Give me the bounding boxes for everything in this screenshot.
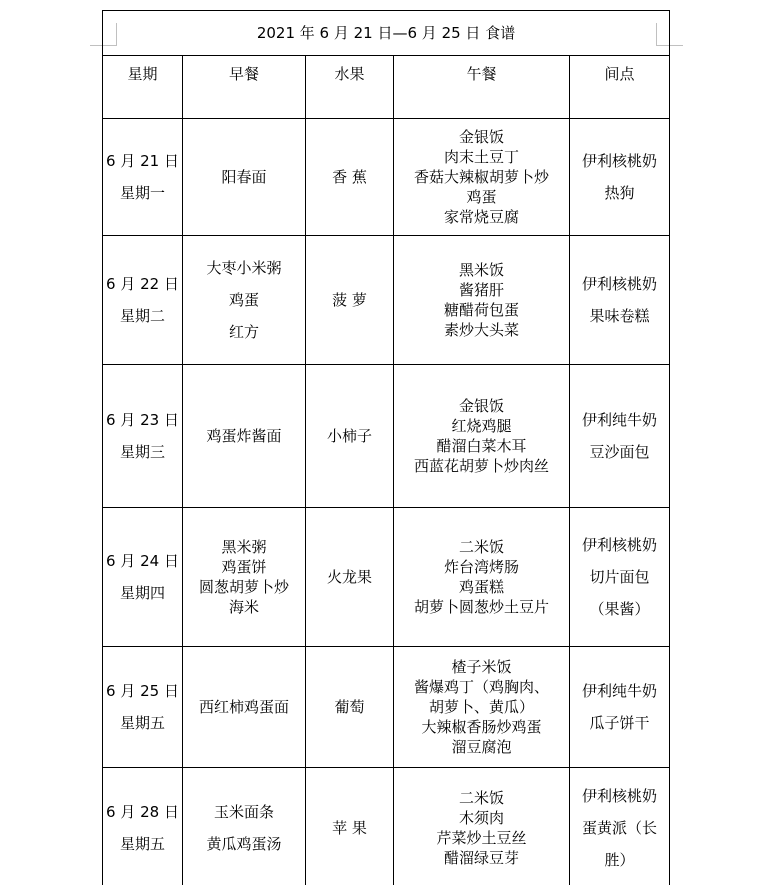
cell-line: 鸡蛋	[394, 187, 569, 207]
table-row: 6 月 24 日星期四黑米粥鸡蛋饼圆葱胡萝卜炒海米火龙果二米饭炸台湾烤肠鸡蛋糕胡…	[103, 508, 670, 647]
cell-line: 木须肉	[394, 808, 569, 828]
table-title: 2021 年 6 月 21 日—6 月 25 日 食谱	[103, 11, 670, 56]
cell-line: 楂子米饭	[394, 657, 569, 677]
fruit-cell: 小柿子	[306, 365, 394, 508]
cell-line: 溜豆腐泡	[394, 737, 569, 757]
cell-line: 芹菜炒土豆丝	[394, 828, 569, 848]
cell-line: 星期四	[103, 577, 182, 609]
fruit-cell: 火龙果	[306, 508, 394, 647]
cell-line: 红方	[183, 316, 305, 348]
cell-line: 伊利核桃奶	[570, 268, 669, 300]
cell-line: 黑米粥	[183, 537, 305, 557]
header-lunch: 午餐	[394, 56, 570, 119]
cell-line: 热狗	[570, 177, 669, 209]
cell-line: 火龙果	[306, 567, 393, 587]
table-row: 6 月 25 日星期五西红柿鸡蛋面葡萄楂子米饭酱爆鸡丁（鸡胸肉、胡萝卜、黄瓜）大…	[103, 647, 670, 768]
cell-line: 果味卷糕	[570, 300, 669, 332]
header-breakfast: 早餐	[183, 56, 306, 119]
breakfast-cell: 大枣小米粥鸡蛋红方	[183, 236, 306, 365]
cell-line: 切片面包	[570, 561, 669, 593]
header-snack: 间点	[570, 56, 670, 119]
snack-cell: 伊利核桃奶热狗	[570, 119, 670, 236]
cell-line: 酱猪肝	[394, 280, 569, 300]
cell-line: 6 月 24 日	[103, 545, 182, 577]
cell-line: 玉米面条	[183, 796, 305, 828]
cell-line: 金银饭	[394, 396, 569, 416]
cell-line: 蛋黄派（长	[570, 812, 669, 844]
date-cell: 6 月 24 日星期四	[103, 508, 183, 647]
lunch-cell: 楂子米饭酱爆鸡丁（鸡胸肉、胡萝卜、黄瓜）大辣椒香肠炒鸡蛋溜豆腐泡	[394, 647, 570, 768]
cell-line: 瓜子饼干	[570, 707, 669, 739]
cell-line: 伊利核桃奶	[570, 780, 669, 812]
table-row: 6 月 22 日星期二大枣小米粥鸡蛋红方菠 萝黑米饭酱猪肝糖醋荷包蛋素炒大头菜伊…	[103, 236, 670, 365]
lunch-cell: 二米饭木须肉芹菜炒土豆丝醋溜绿豆芽	[394, 768, 570, 885]
breakfast-cell: 西红柿鸡蛋面	[183, 647, 306, 768]
table-row: 6 月 21 日星期一阳春面香 蕉金银饭肉末土豆丁香菇大辣椒胡萝卜炒鸡蛋家常烧豆…	[103, 119, 670, 236]
cell-line: 豆沙面包	[570, 436, 669, 468]
cell-line: 鸡蛋炸酱面	[183, 426, 305, 446]
fruit-cell: 苹 果	[306, 768, 394, 885]
cell-line: 糖醋荷包蛋	[394, 300, 569, 320]
cell-line: 大辣椒香肠炒鸡蛋	[394, 717, 569, 737]
cell-line: 苹 果	[306, 818, 393, 838]
document-page: 2021 年 6 月 21 日—6 月 25 日 食谱 星期 早餐 水果 午餐 …	[0, 0, 772, 885]
snack-cell: 伊利纯牛奶豆沙面包	[570, 365, 670, 508]
cell-line: 家常烧豆腐	[394, 207, 569, 227]
date-cell: 6 月 22 日星期二	[103, 236, 183, 365]
cell-line: 阳春面	[183, 167, 305, 187]
cell-line: 胡萝卜、黄瓜）	[394, 697, 569, 717]
header-fruit: 水果	[306, 56, 394, 119]
cell-line: 伊利纯牛奶	[570, 404, 669, 436]
cell-line: 黑米饭	[394, 260, 569, 280]
cell-line: 6 月 22 日	[103, 268, 182, 300]
breakfast-cell: 黑米粥鸡蛋饼圆葱胡萝卜炒海米	[183, 508, 306, 647]
breakfast-cell: 阳春面	[183, 119, 306, 236]
table-row: 6 月 28 日星期五玉米面条黄瓜鸡蛋汤苹 果二米饭木须肉芹菜炒土豆丝醋溜绿豆芽…	[103, 768, 670, 885]
cell-line: 星期二	[103, 300, 182, 332]
cell-line: 红烧鸡腿	[394, 416, 569, 436]
cell-line: 黄瓜鸡蛋汤	[183, 828, 305, 860]
cell-line: 金银饭	[394, 127, 569, 147]
cell-line: 伊利核桃奶	[570, 529, 669, 561]
cell-line: 6 月 21 日	[103, 145, 182, 177]
cell-line: （果酱）	[570, 593, 669, 625]
cell-line: 香 蕉	[306, 167, 393, 187]
snack-cell: 伊利纯牛奶瓜子饼干	[570, 647, 670, 768]
cell-line: 伊利纯牛奶	[570, 675, 669, 707]
cell-line: 伊利核桃奶	[570, 145, 669, 177]
cell-line: 醋溜绿豆芽	[394, 848, 569, 868]
breakfast-cell: 鸡蛋炸酱面	[183, 365, 306, 508]
fruit-cell: 菠 萝	[306, 236, 394, 365]
cell-line: 肉末土豆丁	[394, 147, 569, 167]
cell-line: 星期三	[103, 436, 182, 468]
table-row: 6 月 23 日星期三鸡蛋炸酱面小柿子金银饭红烧鸡腿醋溜白菜木耳西蓝花胡萝卜炒肉…	[103, 365, 670, 508]
cell-line: 西蓝花胡萝卜炒肉丝	[394, 456, 569, 476]
snack-cell: 伊利核桃奶蛋黄派（长胜）	[570, 768, 670, 885]
lunch-cell: 金银饭红烧鸡腿醋溜白菜木耳西蓝花胡萝卜炒肉丝	[394, 365, 570, 508]
cell-line: 6 月 28 日	[103, 796, 182, 828]
cell-line: 鸡蛋	[183, 284, 305, 316]
cell-line: 炸台湾烤肠	[394, 557, 569, 577]
header-weekday: 星期	[103, 56, 183, 119]
cell-line: 星期一	[103, 177, 182, 209]
lunch-cell: 黑米饭酱猪肝糖醋荷包蛋素炒大头菜	[394, 236, 570, 365]
cell-line: 香菇大辣椒胡萝卜炒	[394, 167, 569, 187]
date-cell: 6 月 21 日星期一	[103, 119, 183, 236]
cell-line: 小柿子	[306, 426, 393, 446]
cell-line: 二米饭	[394, 537, 569, 557]
cell-line: 鸡蛋饼	[183, 557, 305, 577]
cell-line: 素炒大头菜	[394, 320, 569, 340]
cell-line: 醋溜白菜木耳	[394, 436, 569, 456]
cell-line: 6 月 23 日	[103, 404, 182, 436]
snack-cell: 伊利核桃奶切片面包（果酱）	[570, 508, 670, 647]
cell-line: 大枣小米粥	[183, 252, 305, 284]
header-row: 星期 早餐 水果 午餐 间点	[103, 56, 670, 119]
date-cell: 6 月 23 日星期三	[103, 365, 183, 508]
cell-line: 鸡蛋糕	[394, 577, 569, 597]
cell-line: 葡萄	[306, 697, 393, 717]
lunch-cell: 二米饭炸台湾烤肠鸡蛋糕胡萝卜圆葱炒土豆片	[394, 508, 570, 647]
cell-line: 胡萝卜圆葱炒土豆片	[394, 597, 569, 617]
breakfast-cell: 玉米面条黄瓜鸡蛋汤	[183, 768, 306, 885]
cell-line: 6 月 25 日	[103, 675, 182, 707]
cell-line: 海米	[183, 597, 305, 617]
cell-line: 酱爆鸡丁（鸡胸肉、	[394, 677, 569, 697]
lunch-cell: 金银饭肉末土豆丁香菇大辣椒胡萝卜炒鸡蛋家常烧豆腐	[394, 119, 570, 236]
cell-line: 圆葱胡萝卜炒	[183, 577, 305, 597]
cell-line: 胜）	[570, 844, 669, 876]
date-cell: 6 月 25 日星期五	[103, 647, 183, 768]
menu-table: 2021 年 6 月 21 日—6 月 25 日 食谱 星期 早餐 水果 午餐 …	[102, 10, 670, 885]
snack-cell: 伊利核桃奶果味卷糕	[570, 236, 670, 365]
cell-line: 西红柿鸡蛋面	[183, 697, 305, 717]
cell-line: 星期五	[103, 707, 182, 739]
fruit-cell: 葡萄	[306, 647, 394, 768]
cell-line: 二米饭	[394, 788, 569, 808]
cell-line: 星期五	[103, 828, 182, 860]
fruit-cell: 香 蕉	[306, 119, 394, 236]
cell-line: 菠 萝	[306, 290, 393, 310]
date-cell: 6 月 28 日星期五	[103, 768, 183, 885]
